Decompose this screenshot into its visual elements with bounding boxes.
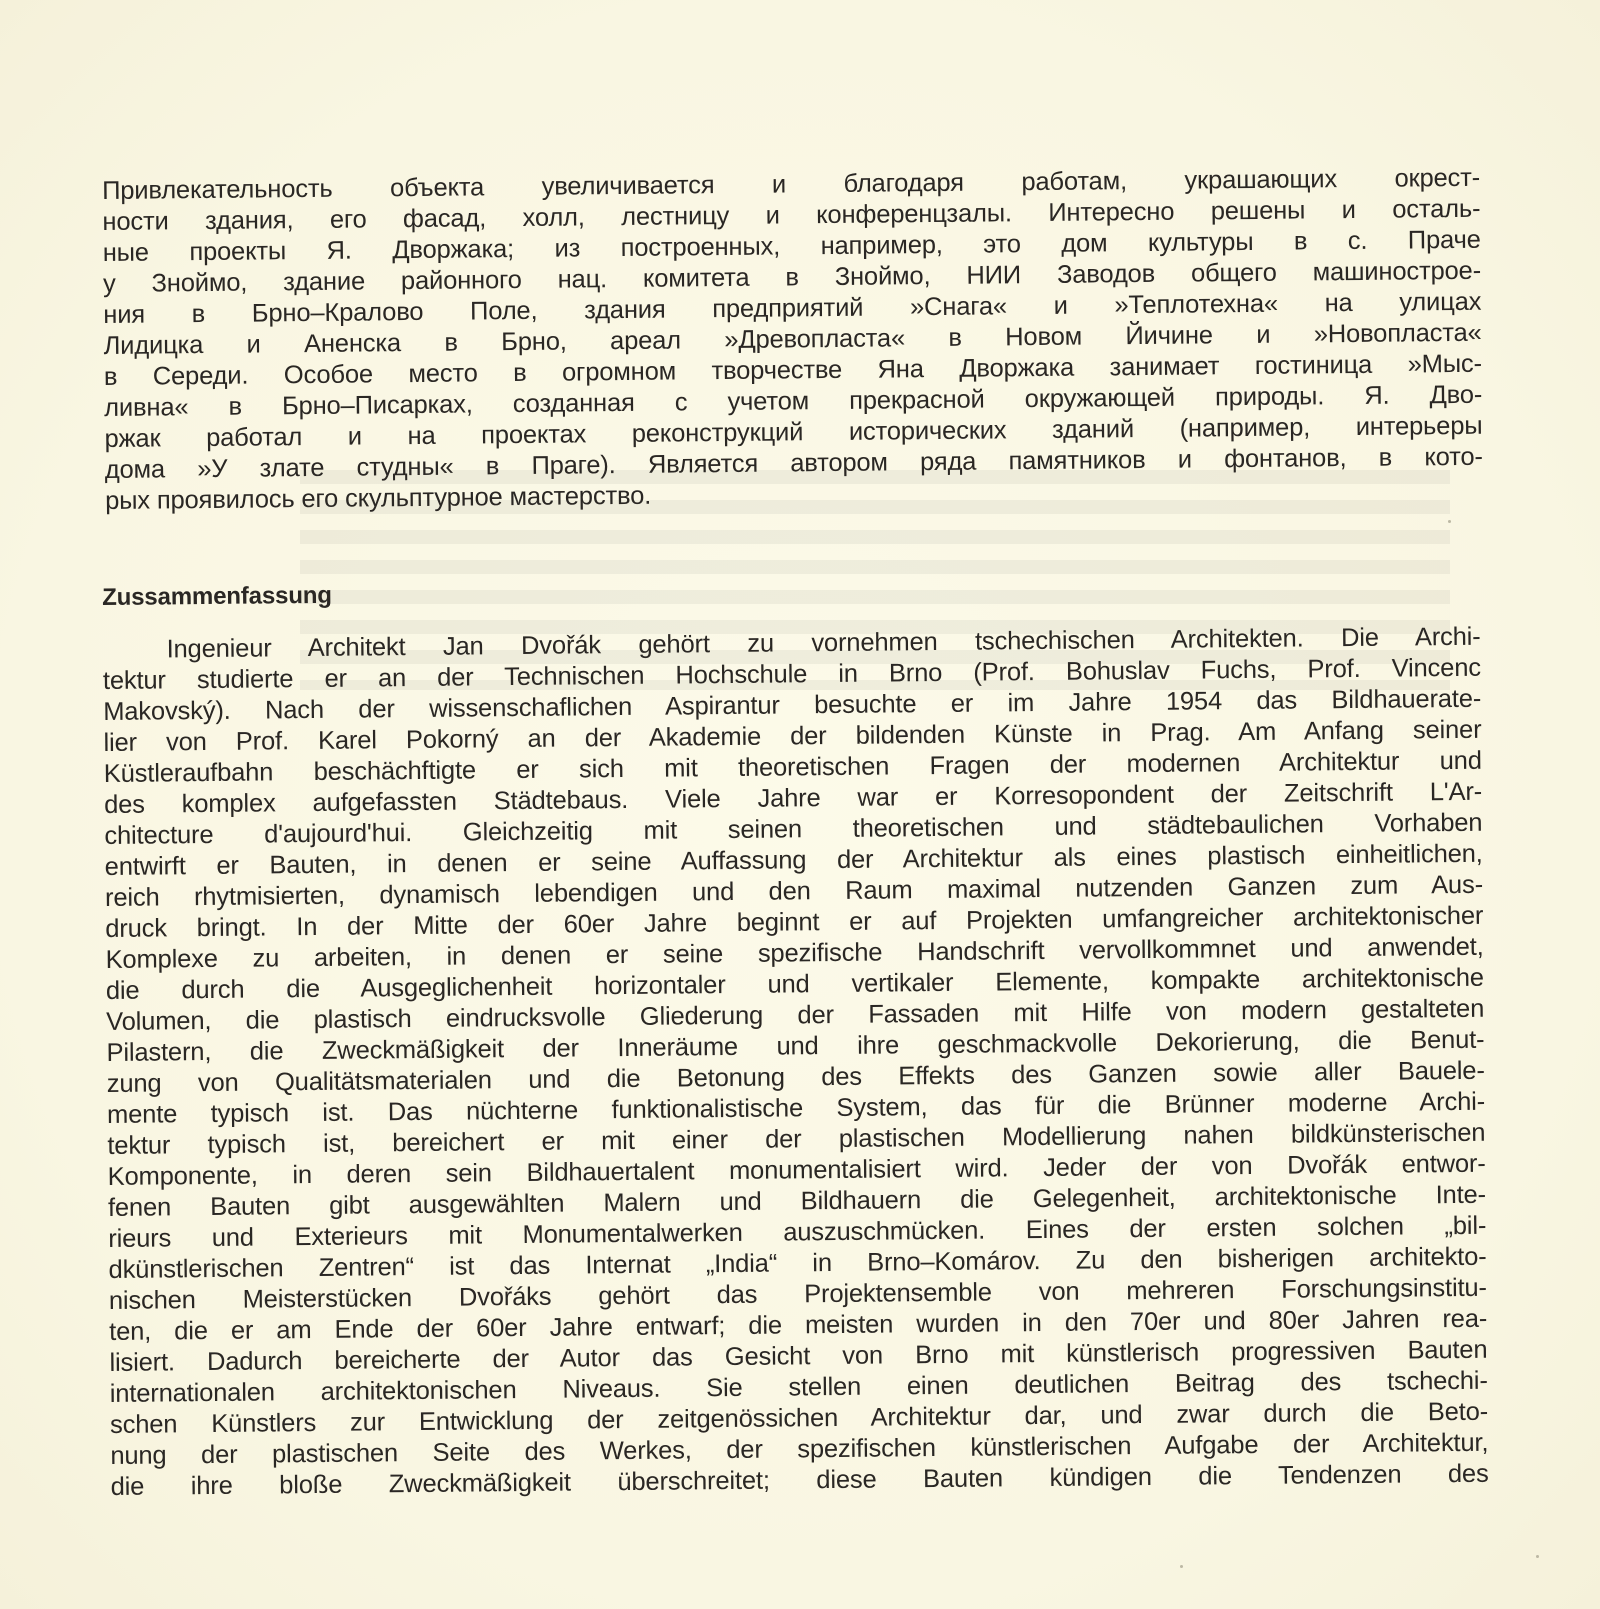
- scan-speck: [1448, 520, 1451, 523]
- german-summary: Zussammenfassung Ingenieur Architekt Jan…: [102, 570, 1489, 1503]
- russian-paragraph: Привлекательность объекта увеличивается …: [102, 163, 1483, 517]
- scanned-page: Привлекательность объекта увеличивается …: [0, 0, 1600, 1609]
- scan-speck: [1536, 1555, 1539, 1558]
- scan-speck: [1180, 1565, 1183, 1568]
